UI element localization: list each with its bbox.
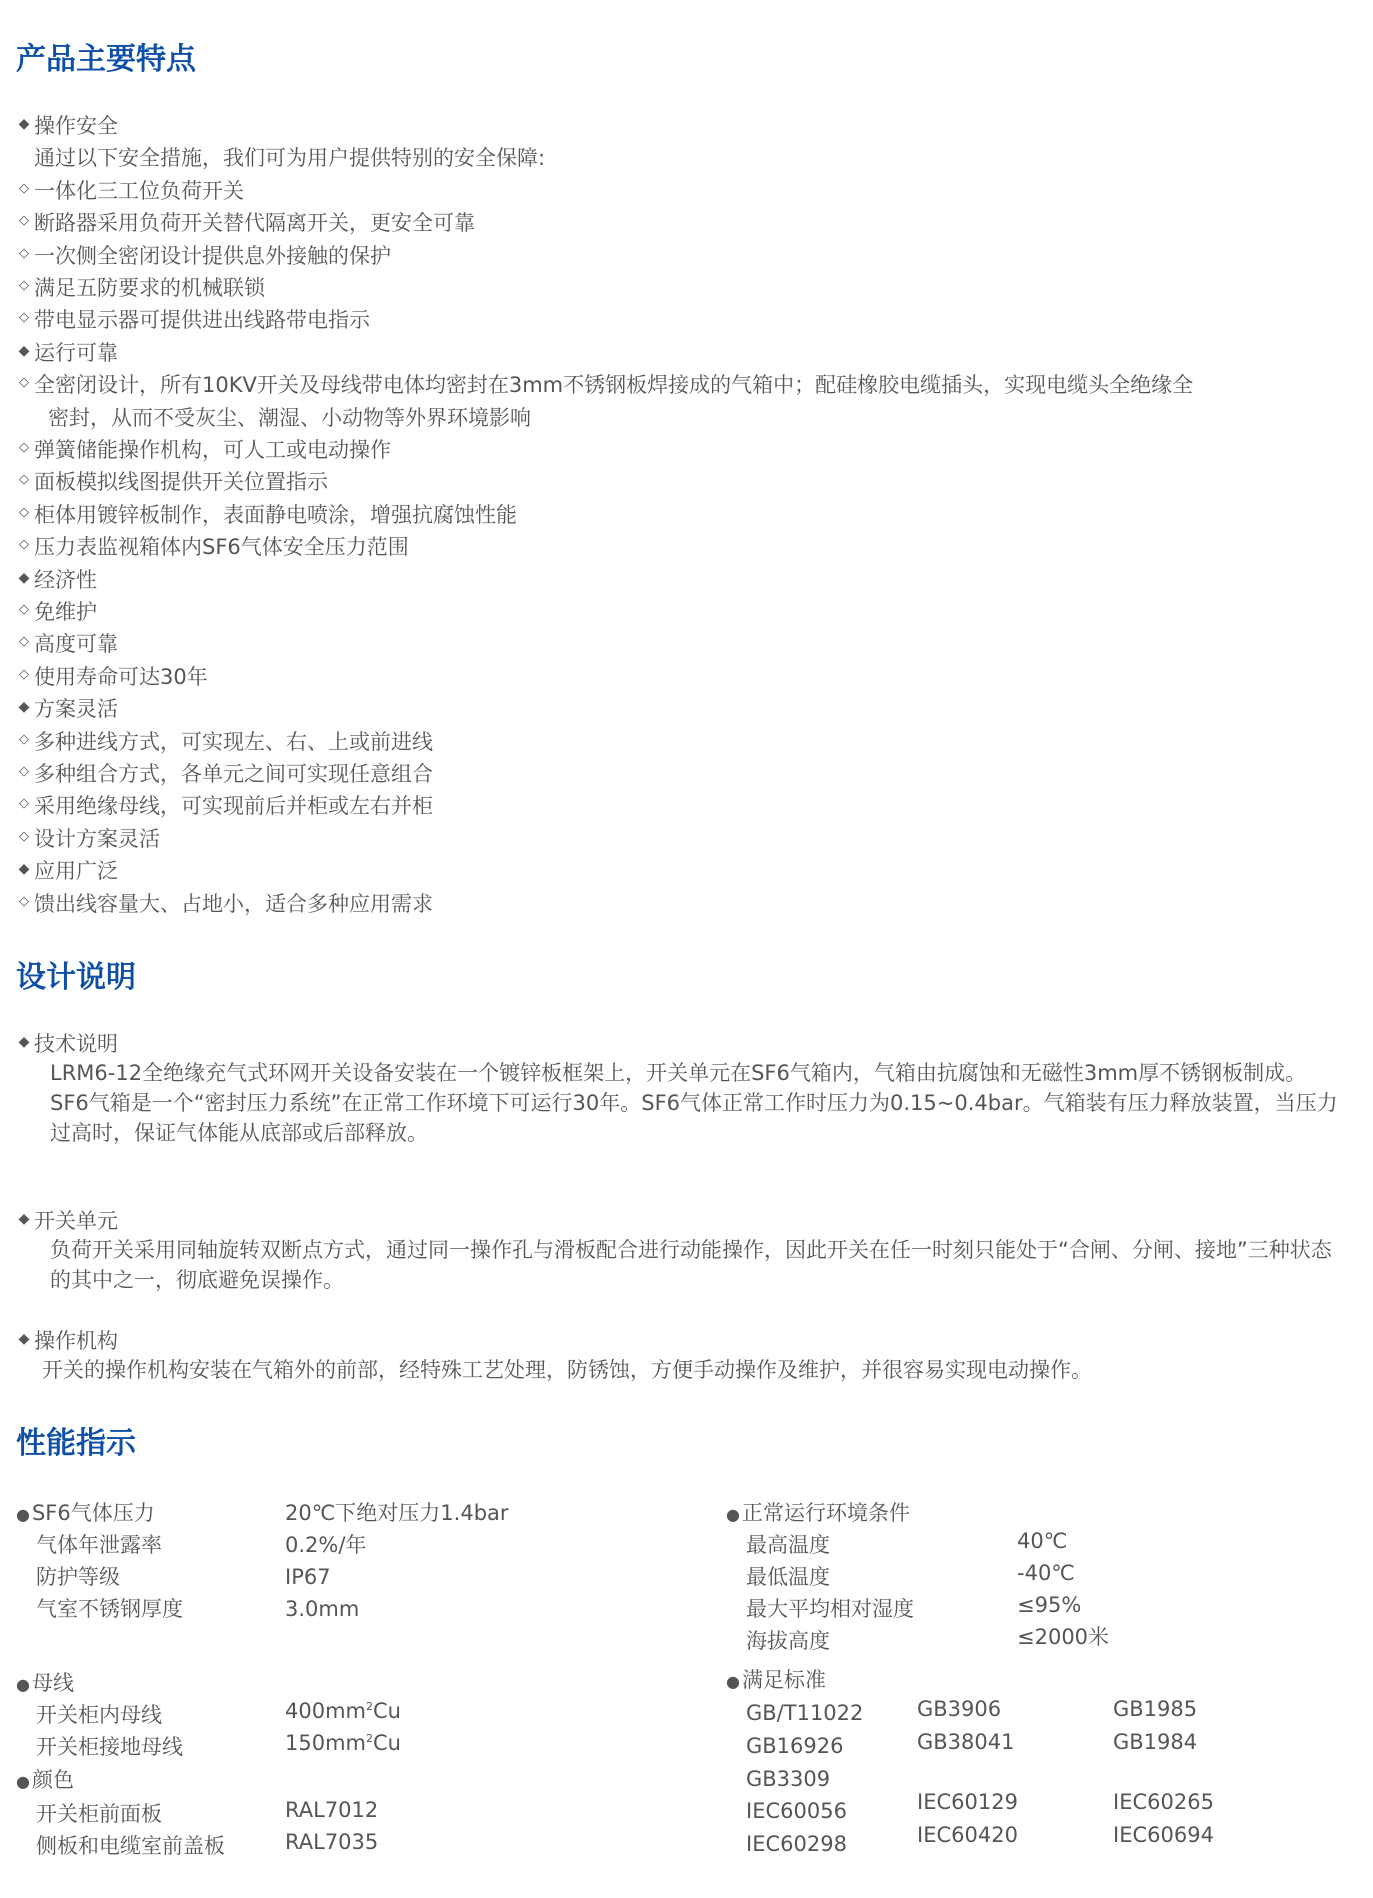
feature-item: ◇面板模拟线图提供开关位置指示 — [14, 467, 328, 495]
feature-item: ◇一次侧全密闭设计提供息外接触的保护 — [14, 241, 391, 269]
diamond-solid-icon: ◆ — [14, 693, 34, 721]
spec-label: 气室不锈钢厚度 — [36, 1595, 183, 1623]
section-title-design: 设计说明 — [16, 961, 136, 995]
standard-item: GB3309 — [746, 1765, 830, 1793]
feature-item: ◇弹簧储能操作机构，可人工或电动操作 — [14, 435, 391, 463]
feature-text: 应用广泛 — [34, 857, 118, 885]
diamond-outline-icon: ◇ — [14, 369, 34, 397]
diamond-outline-icon: ◇ — [14, 434, 34, 462]
feature-note: 通过以下安全措施，我们可为用户提供特别的安全保障: — [34, 143, 545, 171]
standard-item: GB1985 — [1113, 1695, 1197, 1723]
spec-group-environment: ●正常运行环境条件 — [726, 1499, 910, 1529]
feature-text: 一次侧全密闭设计提供息外接触的保护 — [34, 242, 391, 270]
feature-text: 经济性 — [34, 566, 97, 594]
spec-value: 150mm2Cu — [285, 1729, 401, 1757]
spec-label: 海拔高度 — [746, 1627, 830, 1655]
feature-item: ◇一体化三工位负荷开关 — [14, 176, 244, 204]
diamond-outline-icon: ◇ — [14, 596, 34, 624]
section-title-features: 产品主要特点 — [16, 43, 196, 77]
feature-group-heading: ◆经济性 — [14, 565, 97, 593]
feature-item: ◇免维护 — [14, 597, 97, 625]
feature-text: 弹簧储能操作机构，可人工或电动操作 — [34, 436, 391, 464]
feature-item: ◇多种进线方式，可实现左、右、上或前进线 — [14, 727, 433, 755]
standard-item: GB16926 — [746, 1732, 843, 1760]
diamond-outline-icon: ◇ — [14, 823, 34, 851]
feature-text: 采用绝缘母线，可实现前后并柜或左右并柜 — [34, 792, 433, 820]
standard-item: IEC60265 — [1113, 1788, 1214, 1816]
spec-value: RAL7035 — [285, 1828, 378, 1856]
feature-text: 压力表监视箱体内SF6气体安全压力范围 — [34, 533, 409, 561]
spec-label: 最高温度 — [746, 1531, 830, 1559]
spec-value: RAL7012 — [285, 1796, 378, 1824]
standard-item: GB3906 — [917, 1695, 1001, 1723]
feature-item: ◇柜体用镀锌板制作，表面静电喷涂，增强抗腐蚀性能 — [14, 500, 517, 528]
feature-item: ◇设计方案灵活 — [14, 824, 160, 852]
feature-text: 使用寿命可达30年 — [34, 663, 208, 691]
standard-item: IEC60298 — [746, 1830, 847, 1858]
spec-group-sf6: ●SF6气体压力 — [16, 1499, 155, 1529]
feature-text: 一体化三工位负荷开关 — [34, 177, 244, 205]
feature-item: ◇多种组合方式，各单元之间可实现任意组合 — [14, 759, 433, 787]
diamond-solid-icon: ◆ — [14, 337, 34, 365]
feature-text: 设计方案灵活 — [34, 825, 160, 853]
feature-text: 柜体用镀锌板制作，表面静电喷涂，增强抗腐蚀性能 — [34, 501, 517, 529]
section-title-performance: 性能指示 — [16, 1427, 136, 1461]
spec-group-color: ●颜色 — [16, 1766, 74, 1796]
diamond-outline-icon: ◇ — [14, 888, 34, 916]
design-block-heading: ◆操作机构 — [14, 1326, 118, 1354]
feature-item: ◇全密闭设计，所有10KV开关及母线带电体均密封在3mm不锈钢板焊接成的气箱中；… — [14, 370, 1193, 398]
feature-text: 运行可靠 — [34, 339, 118, 367]
diamond-outline-icon: ◇ — [14, 466, 34, 494]
diamond-solid-icon: ◆ — [14, 1028, 34, 1056]
spec-label: 气体年泄露率 — [36, 1531, 162, 1559]
feature-item: ◇高度可靠 — [14, 629, 118, 657]
feature-group-heading: ◆操作安全 — [14, 111, 118, 139]
spec-label: 开关柜内母线 — [36, 1701, 162, 1729]
bullet-dot-icon: ● — [16, 1505, 30, 1524]
diamond-outline-icon: ◇ — [14, 758, 34, 786]
feature-text: 操作安全 — [34, 112, 118, 140]
spec-value: 400mm2Cu — [285, 1697, 401, 1725]
diamond-solid-icon: ◆ — [14, 564, 34, 592]
standard-item: GB1984 — [1113, 1728, 1197, 1756]
standard-item: IEC60056 — [746, 1797, 847, 1825]
standard-item: GB38041 — [917, 1728, 1014, 1756]
feature-group-heading: ◆方案灵活 — [14, 694, 118, 722]
standard-item: IEC60129 — [917, 1788, 1018, 1816]
diamond-solid-icon: ◆ — [14, 1325, 34, 1353]
feature-item: ◇断路器采用负荷开关替代隔离开关，更安全可靠 — [14, 208, 475, 236]
diamond-outline-icon: ◇ — [14, 175, 34, 203]
design-paragraph: 负荷开关采用同轴旋转双断点方式，通过同一操作孔与滑板配合进行动能操作，因此开关在… — [16, 1235, 1351, 1295]
diamond-outline-icon: ◇ — [14, 304, 34, 332]
feature-text: 面板模拟线图提供开关位置指示 — [34, 468, 328, 496]
diamond-outline-icon: ◇ — [14, 726, 34, 754]
standard-item: IEC60420 — [917, 1821, 1018, 1849]
feature-text: 方案灵活 — [34, 695, 118, 723]
spec-value: -40℃ — [1017, 1559, 1075, 1587]
feature-text: 多种进线方式，可实现左、右、上或前进线 — [34, 728, 433, 756]
spec-label: 开关柜接地母线 — [36, 1733, 183, 1761]
spec-value: ≤95% — [1017, 1591, 1081, 1619]
feature-text: 馈出线容量大、占地小，适合多种应用需求 — [34, 890, 433, 918]
feature-text: 满足五防要求的机械联锁 — [34, 274, 265, 302]
diamond-outline-icon: ◇ — [14, 531, 34, 559]
feature-text: 高度可靠 — [34, 630, 118, 658]
feature-text: 带电显示器可提供进出线路带电指示 — [34, 306, 370, 334]
spec-label: 最低温度 — [746, 1563, 830, 1591]
spec-value: 3.0mm — [285, 1595, 359, 1623]
diamond-outline-icon: ◇ — [14, 661, 34, 689]
spec-group-busbar: ●母线 — [16, 1669, 74, 1699]
spec-value: 0.2%/年 — [285, 1531, 366, 1559]
spec-value: 20℃下绝对压力1.4bar — [285, 1499, 509, 1527]
diamond-solid-icon: ◆ — [14, 855, 34, 883]
design-block-heading: ◆开关单元 — [14, 1206, 118, 1234]
feature-item: ◇满足五防要求的机械联锁 — [14, 273, 265, 301]
bullet-dot-icon: ● — [16, 1675, 30, 1694]
standard-item: IEC60694 — [1113, 1821, 1214, 1849]
diamond-outline-icon: ◇ — [14, 499, 34, 527]
feature-item: ◇使用寿命可达30年 — [14, 662, 208, 690]
feature-group-heading: ◆运行可靠 — [14, 338, 118, 366]
feature-item: ◇馈出线容量大、占地小，适合多种应用需求 — [14, 889, 433, 917]
spec-label: 最大平均相对湿度 — [746, 1595, 914, 1623]
bullet-dot-icon: ● — [726, 1672, 740, 1691]
spec-label: 防护等级 — [36, 1563, 120, 1591]
feature-item: ◇采用绝缘母线，可实现前后并柜或左右并柜 — [14, 791, 433, 819]
spec-value: ≤2000米 — [1017, 1623, 1109, 1651]
feature-text: 免维护 — [34, 598, 97, 626]
diamond-outline-icon: ◇ — [14, 790, 34, 818]
diamond-outline-icon: ◇ — [14, 272, 34, 300]
spec-value: 40℃ — [1017, 1527, 1067, 1555]
spec-label: 开关柜前面板 — [36, 1800, 162, 1828]
spec-label: 侧板和电缆室前盖板 — [36, 1832, 225, 1860]
feature-text: 全密闭设计，所有10KV开关及母线带电体均密封在3mm不锈钢板焊接成的气箱中；配… — [34, 371, 1193, 399]
spec-group-standards: ●满足标准 — [726, 1666, 826, 1696]
bullet-dot-icon: ● — [726, 1505, 740, 1524]
diamond-solid-icon: ◆ — [14, 110, 34, 138]
feature-text: 断路器采用负荷开关替代隔离开关，更安全可靠 — [34, 209, 475, 237]
feature-item-continuation: 密封，从而不受灰尘、潮湿、小动物等外界环境影响 — [48, 403, 531, 431]
feature-group-heading: ◆应用广泛 — [14, 856, 118, 884]
standard-item: GB/T11022 — [746, 1699, 863, 1727]
diamond-outline-icon: ◇ — [14, 628, 34, 656]
diamond-outline-icon: ◇ — [14, 207, 34, 235]
spec-value: IP67 — [285, 1563, 331, 1591]
design-paragraph: 开关的操作机构安装在气箱外的前部，经特殊工艺处理，防锈蚀，方便手动操作及维护，并… — [16, 1355, 1351, 1385]
bullet-dot-icon: ● — [16, 1772, 30, 1791]
feature-text: 多种组合方式，各单元之间可实现任意组合 — [34, 760, 433, 788]
design-paragraph: LRM6-12全绝缘充气式环网开关设备安装在一个镀锌板框架上，开关单元在SF6气… — [16, 1058, 1351, 1148]
feature-item: ◇带电显示器可提供进出线路带电指示 — [14, 305, 370, 333]
diamond-solid-icon: ◆ — [14, 1205, 34, 1233]
diamond-outline-icon: ◇ — [14, 240, 34, 268]
design-block-heading: ◆技术说明 — [14, 1029, 118, 1057]
feature-item: ◇压力表监视箱体内SF6气体安全压力范围 — [14, 532, 409, 560]
